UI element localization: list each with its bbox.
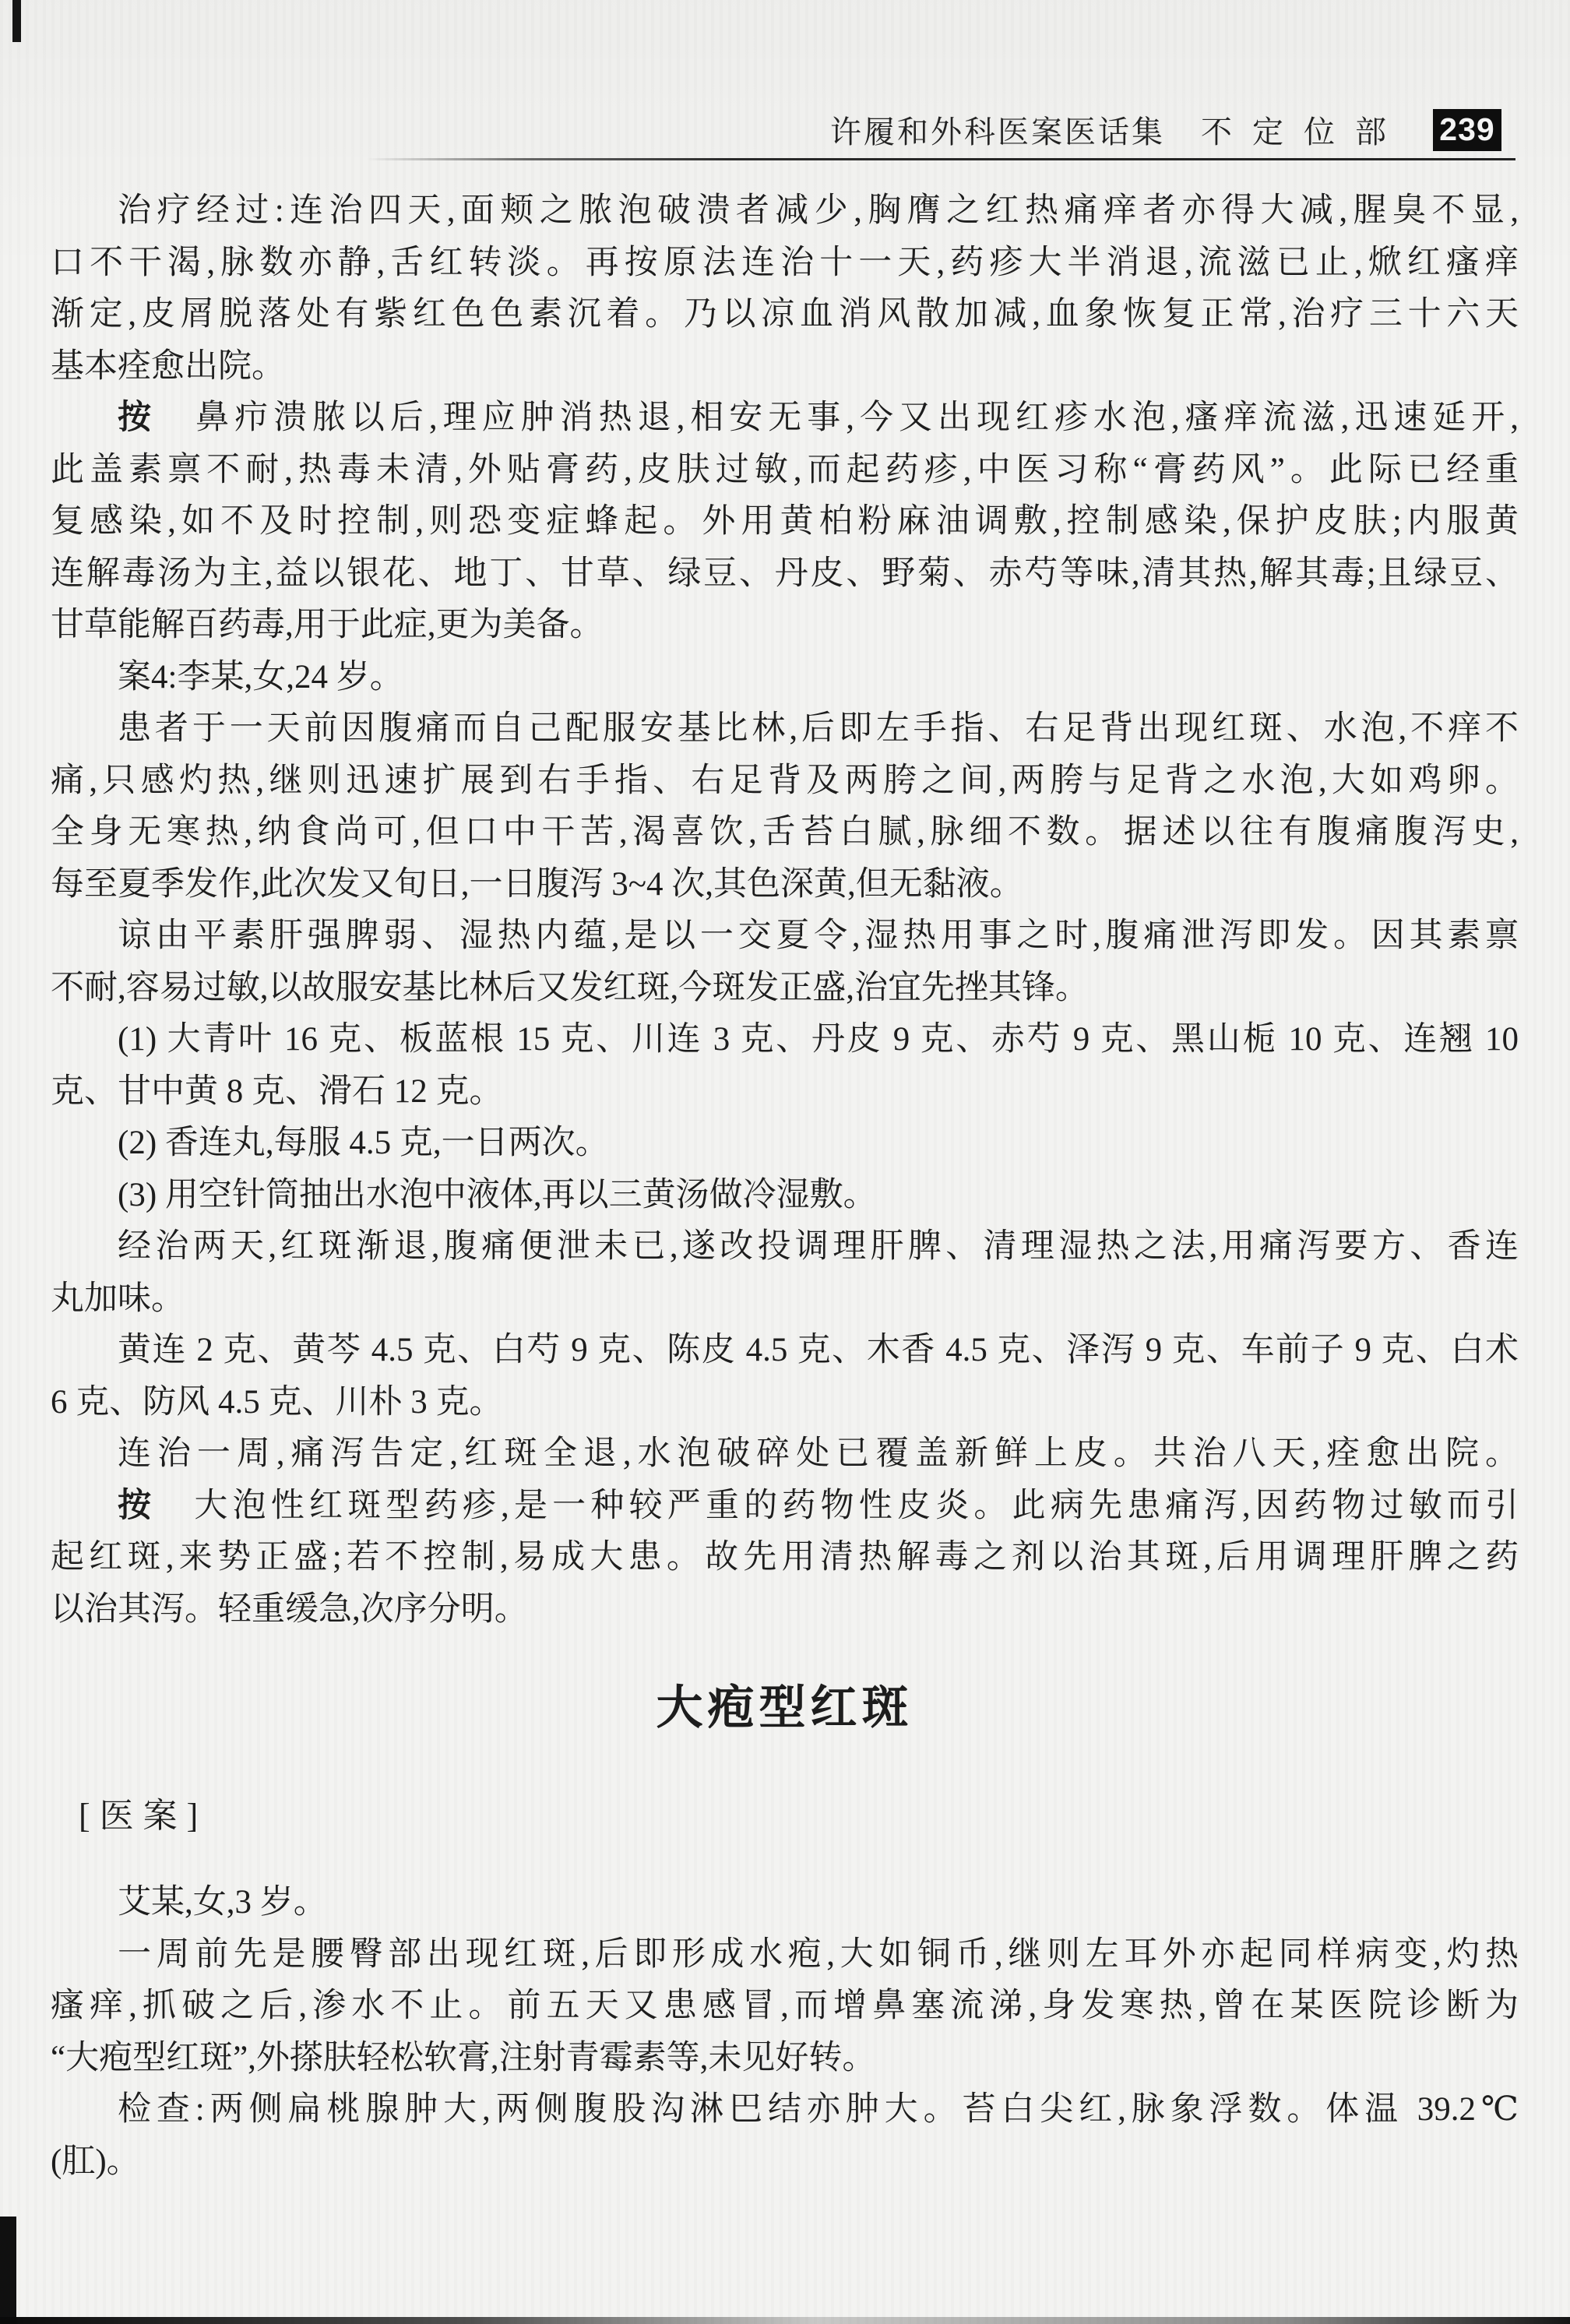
text-line: 丸加味。	[51, 1273, 1519, 1326]
text-line: 起红斑,来势正盛;若不控制,易成大患。故先用清热解毒之剂以治其斑,后用调理肝脾之…	[51, 1532, 1519, 1584]
text-line: 渐定,皮屑脱落处有紫红色色素沉着。乃以凉血消风散加减,血象恢复正常,治疗三十六天	[51, 289, 1519, 341]
text-line: 案4:李某,女,24 岁。	[51, 652, 1519, 704]
page-number-badge: 239	[1433, 109, 1501, 151]
bullous-erythema-text-block: 艾某,女,3 岁。一周前先是腰臀部出现红斑,后即形成水疱,大如铜币,继则左耳外亦…	[51, 1877, 1519, 2188]
text-line: 瘙痒,抓破之后,渗水不止。前五天又患感冒,而增鼻塞流涕,身发寒热,曾在某医院诊断…	[51, 1981, 1519, 2033]
text-line: 基本痊愈出院。	[51, 341, 1519, 393]
scanned-book-page: 许履和外科医案医话集 不定位部 239 治疗经过:连治四天,面颊之脓泡破溃者减少…	[0, 0, 1570, 2324]
section-heading: 大疱型红斑	[51, 1679, 1519, 1737]
text-line: 6 克、防风 4.5 克、川朴 3 克。	[51, 1377, 1519, 1429]
text-line: 克、甘中黄 8 克、滑石 12 克。	[51, 1066, 1519, 1118]
page-content: 治疗经过:连治四天,面颊之脓泡破溃者减少,胸膺之红热痛痒者亦得大减,腥臭不显,口…	[51, 185, 1519, 2188]
text-line: 连治一周,痛泻告定,红斑全退,水泡破碎处已覆盖新鲜上皮。共治八天,痊愈出院。	[51, 1428, 1519, 1481]
text-line: 全身无寒热,纳食尚可,但口中干苦,渴喜饮,舌苔白腻,脉细不数。据述以往有腹痛腹泻…	[51, 807, 1519, 859]
text-line: (1) 大青叶 16 克、板蓝根 15 克、川连 3 克、丹皮 9 克、赤芍 9…	[51, 1014, 1519, 1066]
text-line: 不耐,容易过敏,以故服安基比林后又发红斑,今斑发正盛,治宜先挫其锋。	[51, 963, 1519, 1015]
text-line: (肛)。	[51, 2136, 1519, 2188]
text-line: 此盖素禀不耐,热毒未清,外贴膏药,皮肤过敏,而起药疹,中医习称“膏药风”。此际已…	[51, 445, 1519, 497]
scan-artifact-top-left	[12, 0, 21, 42]
text-line: 患者于一天前因腹痛而自己配服安基比林,后即左手指、右足背出现红斑、水泡,不痒不	[51, 703, 1519, 755]
scan-artifact-bottom-left	[0, 2217, 16, 2324]
text-line: 复感染,如不及时控制,则恐变症蜂起。外用黄柏粉麻油调敷,控制感染,保护皮肤;内服…	[51, 496, 1519, 548]
page-number: 239	[1439, 111, 1494, 148]
case-record-label: [医案]	[51, 1793, 1519, 1840]
case4-text-block: 治疗经过:连治四天,面颊之脓泡破溃者减少,胸膺之红热痛痒者亦得大减,腥臭不显,口…	[51, 185, 1519, 1636]
text-line: 以治其泻。轻重缓急,次序分明。	[51, 1584, 1519, 1636]
text-line: (2) 香连丸,每服 4.5 克,一日两次。	[51, 1118, 1519, 1170]
text-line: 按 大泡性红斑型药疹,是一种较严重的药物性皮炎。此病先患痛泻,因药物过敏而引	[51, 1481, 1519, 1533]
page-header: 许履和外科医案医话集 不定位部 239	[830, 107, 1501, 152]
text-line: (3) 用空针筒抽出水泡中液体,再以三黄汤做冷湿敷。	[51, 1170, 1519, 1222]
book-title: 许履和外科医案医话集	[830, 107, 1165, 152]
header-rule	[366, 158, 1515, 160]
annotation-prefix: 按	[118, 400, 157, 436]
scan-artifact-bottom-edge	[0, 2317, 1570, 2324]
text-line: 黄连 2 克、黄芩 4.5 克、白芍 9 克、陈皮 4.5 克、木香 4.5 克…	[51, 1325, 1519, 1377]
text-line: 每至夏季发作,此次发又旬日,一日腹泻 3~4 次,其色深黄,但无黏液。	[51, 859, 1519, 911]
text-line: 经治两天,红斑渐退,腹痛便泄未已,遂改投调理肝脾、清理湿热之法,用痛泻要方、香连	[51, 1221, 1519, 1273]
text-line: 治疗经过:连治四天,面颊之脓泡破溃者减少,胸膺之红热痛痒者亦得大减,腥臭不显,	[51, 185, 1519, 238]
annotation-prefix: 按	[118, 1488, 156, 1524]
text-line: 谅由平素肝强脾弱、湿热内蕴,是以一交夏令,湿热用事之时,腹痛泄泻即发。因其素禀	[51, 910, 1519, 963]
text-line: 甘草能解百药毒,用于此症,更为美备。	[51, 600, 1519, 652]
text-line: 检查:两侧扁桃腺肿大,两侧腹股沟淋巴结亦肿大。苔白尖红,脉象浮数。体温 39.2…	[51, 2084, 1519, 2136]
text-line: 一周前先是腰臀部出现红斑,后即形成水疱,大如铜币,继则左耳外亦起同样病变,灼热	[51, 1929, 1519, 1981]
text-line: 口不干渴,脉数亦静,舌红转淡。再按原法连治十一天,药疹大半消退,流滋已止,焮红瘙…	[51, 238, 1519, 290]
section-label: 不定位部	[1201, 107, 1406, 152]
text-line: 连解毒汤为主,益以银花、地丁、甘草、绿豆、丹皮、野菊、赤芍等味,清其热,解其毒;…	[51, 548, 1519, 600]
text-line: 艾某,女,3 岁。	[51, 1877, 1519, 1929]
text-line: “大疱型红斑”,外搽肤轻松软膏,注射青霉素等,未见好转。	[51, 2033, 1519, 2085]
text-line: 痛,只感灼热,继则迅速扩展到右手指、右足背及两胯之间,两胯与足背之水泡,大如鸡卵…	[51, 755, 1519, 808]
text-line: 按 鼻疖溃脓以后,理应肿消热退,相安无事,今又出现红疹水泡,瘙痒流滋,迅速延开,	[51, 393, 1519, 445]
